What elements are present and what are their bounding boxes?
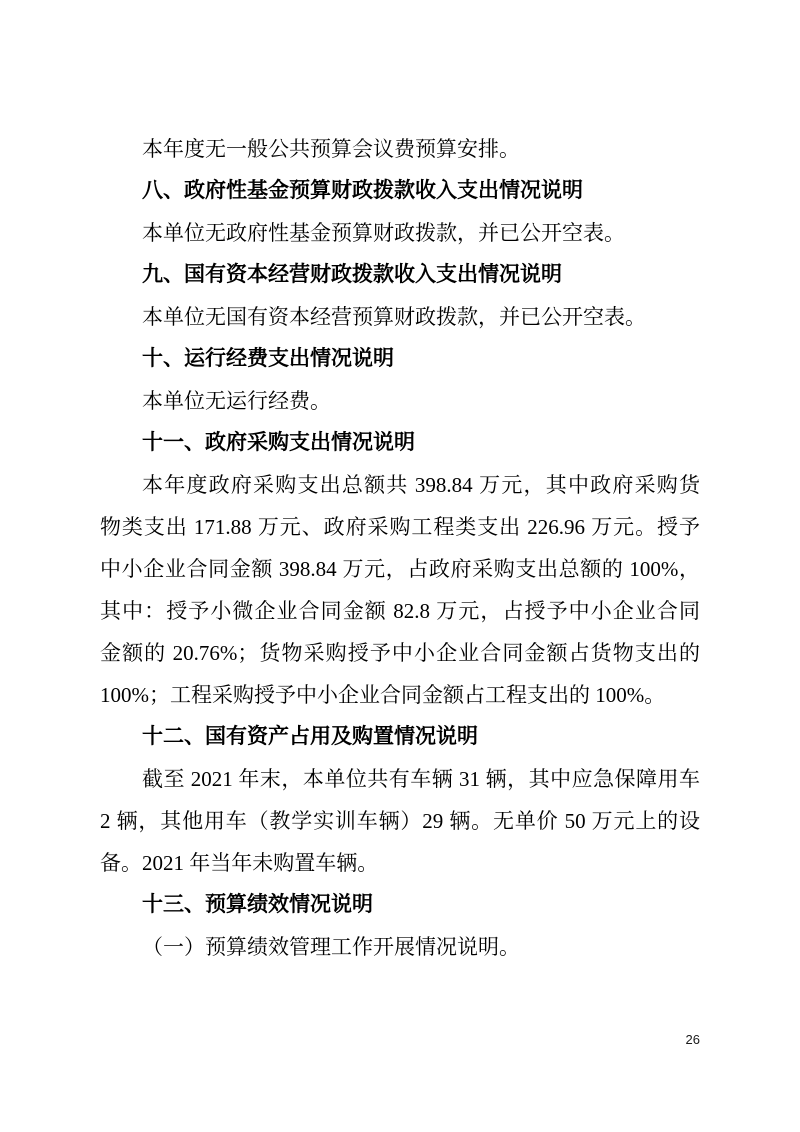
body-line: 物类支出 171.88 万元、政府采购工程类支出 226.96 万元。授予 [100,506,700,548]
body-line: 中小企业合同金额 398.84 万元，占政府采购支出总额的 100%， [100,548,700,590]
page-number: 26 [600,1030,700,1050]
section-heading: 十一、政府采购支出情况说明 [100,422,700,464]
body-line: 备。2021 年当年未购置车辆。 [100,842,700,884]
section-heading: 十三、预算绩效情况说明 [100,884,700,926]
body-line: 2 辆，其他用车（教学实训车辆）29 辆。无单价 50 万元上的设 [100,800,700,842]
body-line: 本单位无运行经费。 [100,380,700,422]
body-line: 其中：授予小微企业合同金额 82.8 万元，占授予中小企业合同 [100,590,700,632]
document-content: 本年度无一般公共预算会议费预算安排。八、政府性基金预算财政拨款收入支出情况说明本… [100,128,700,968]
section-heading: 九、国有资本经营财政拨款收入支出情况说明 [100,254,700,296]
body-line: 截至 2021 年末，本单位共有车辆 31 辆，其中应急保障用车 [100,758,700,800]
body-line: 本年度无一般公共预算会议费预算安排。 [100,128,700,170]
body-line: 本年度政府采购支出总额共 398.84 万元，其中政府采购货 [100,464,700,506]
body-line: 金额的 20.76%；货物采购授予中小企业合同金额占货物支出的 [100,632,700,674]
section-heading: 十二、国有资产占用及购置情况说明 [100,716,700,758]
document-page: 本年度无一般公共预算会议费预算安排。八、政府性基金预算财政拨款收入支出情况说明本… [0,0,800,1132]
section-heading: 十、运行经费支出情况说明 [100,338,700,380]
body-line: 本单位无国有资本经营预算财政拨款，并已公开空表。 [100,296,700,338]
body-line: 100%；工程采购授予中小企业合同金额占工程支出的 100%。 [100,674,700,716]
body-line: 本单位无政府性基金预算财政拨款，并已公开空表。 [100,212,700,254]
body-line: （一）预算绩效管理工作开展情况说明。 [100,926,700,968]
section-heading: 八、政府性基金预算财政拨款收入支出情况说明 [100,170,700,212]
